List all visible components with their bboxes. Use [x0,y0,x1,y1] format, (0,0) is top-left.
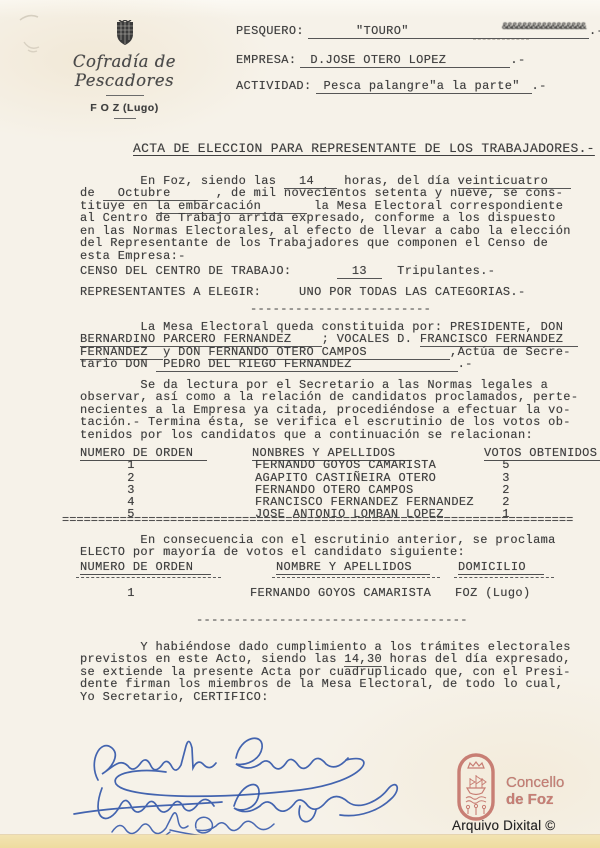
arquivo-dixital-caption: Arquivo Dixital © [452,818,555,833]
typed-text: esta Empresa:- [80,249,186,263]
actividad-suffix: .- [532,79,547,93]
concello-de-foz-wordmark: Concello de Foz [506,774,564,808]
actividad-label: ACTIVIDAD: [236,79,312,93]
paragraph-mesa-electoral: La Mesa Electoral queda constituida por:… [80,321,578,371]
letterhead-rule [106,95,144,96]
separator-double-line: ========================================… [62,513,573,527]
typed-text: REPRESENTANTES A ELEGIR: UNO POR TODAS L… [80,285,526,299]
table-cell: FOZ (Lugo) [455,586,531,600]
letterhead-location: F O Z (Lugo) [22,102,227,114]
scanned-document-page: Cofradía de Pescadores F O Z (Lugo) &&&&… [0,0,600,848]
column-header: NUMERO DE ORDEN [80,560,211,575]
censo-lines: CENSO DEL CENTRO DE TRABAJO: 13 Tripulan… [80,265,526,299]
votes-table: NUMERO DE ORDENNONBRES Y APELLIDOSVOTOS … [80,446,590,520]
field-pesquero: PESQUERO:"TOURO".- [236,24,596,40]
table-row: 2AGAPITO CASTIÑEIRA OTERO3 [80,471,590,483]
concello-de-foz-badge-icon [456,752,496,822]
field-empresa: EMPRESA:D.JOSE OTERO LOPEZ.- [236,53,596,69]
separator-dashes: ------------------------ [250,302,431,316]
paragraph-proclamacion: En consecuencia con el escrutinio anteri… [80,534,556,559]
concello-line1: Concello [506,774,564,791]
table-cell: FERNANDO GOYOS CAMARISTA [250,586,431,600]
typed-text: tenidos por los candidatos que a continu… [80,428,533,442]
pencil-smudge [12,10,72,60]
table-row: 1FERNANDO GOYOS CAMARISTA5 [80,458,590,470]
column-header: NOMBRE Y APELLIDOS [276,560,430,575]
paragraph-cierre: Y habiéndose dado cumplimiento a los trá… [80,641,571,703]
typed-text: Tripulantes.- [382,264,495,278]
typed-text: Yo Secretario, CERTIFICO: [80,690,269,704]
document-title: ACTA DE ELECCION PARA REPRESENTANTE DE L… [133,141,595,156]
table-cell: 1 [80,586,182,600]
typed-text: 13 [337,264,382,279]
typed-text: tario DON [80,357,156,371]
empresa-suffix: .- [510,53,525,67]
scan-edge-strip [0,835,600,848]
elected-table: NUMERO DE ORDENNOMBRE Y APELLIDOSDOMICIL… [80,560,590,599]
letterhead-rule [114,118,136,119]
signature-francisco-fernandez [74,785,397,822]
paragraph-lectura: Se da lectura por el Secretario a las No… [80,379,578,441]
typed-text: CENSO DEL CENTRO DE TRABAJO: [80,264,337,278]
column-header: DOMICILIO [458,560,544,575]
typed-text: .- [458,357,473,371]
signature-bernardino-parcero [94,738,364,796]
paragraph-constitucion: En Foz, siendo las 14 horas, del día vei… [80,175,571,262]
typed-text: ELECTO por mayoría de votos el candidato… [80,545,465,559]
typed-text: PEDRO DEL RIEGO FERNANDEZ [156,357,458,372]
table-header-row: NUMERO DE ORDENNOMBRE Y APELLIDOSDOMICIL… [80,560,590,572]
field-actividad: ACTIVIDAD:Pesca palangre"a la parte".- [236,79,596,95]
actividad-value: Pesca palangre"a la parte" [316,79,532,94]
concello-line2: de Foz [506,791,564,808]
empresa-label: EMPRESA: [236,53,296,67]
signatures [50,718,430,848]
pesquero-value: "TOURO" [308,24,589,39]
table-row: 3FERNANDO OTERO CAMPOS2 [80,483,590,495]
cofradia-crest-icon [114,20,136,46]
separator-dashes: ------------------------------------ [196,613,468,627]
table-header-row: NUMERO DE ORDENNONBRES Y APELLIDOSVOTOS … [80,446,590,458]
header-fields: PESQUERO:"TOURO".- EMPRESA:D.JOSE OTERO … [236,24,596,109]
table-row: 4FRANCISCO FERNANDEZ FERNANDEZ2 [80,495,590,507]
pesquero-label: PESQUERO: [236,24,304,38]
pesquero-suffix: .- [589,24,600,38]
table-row: 1FERNANDO GOYOS CAMARISTAFOZ (Lugo) [80,586,590,598]
empresa-value: D.JOSE OTERO LOPEZ [300,53,510,68]
